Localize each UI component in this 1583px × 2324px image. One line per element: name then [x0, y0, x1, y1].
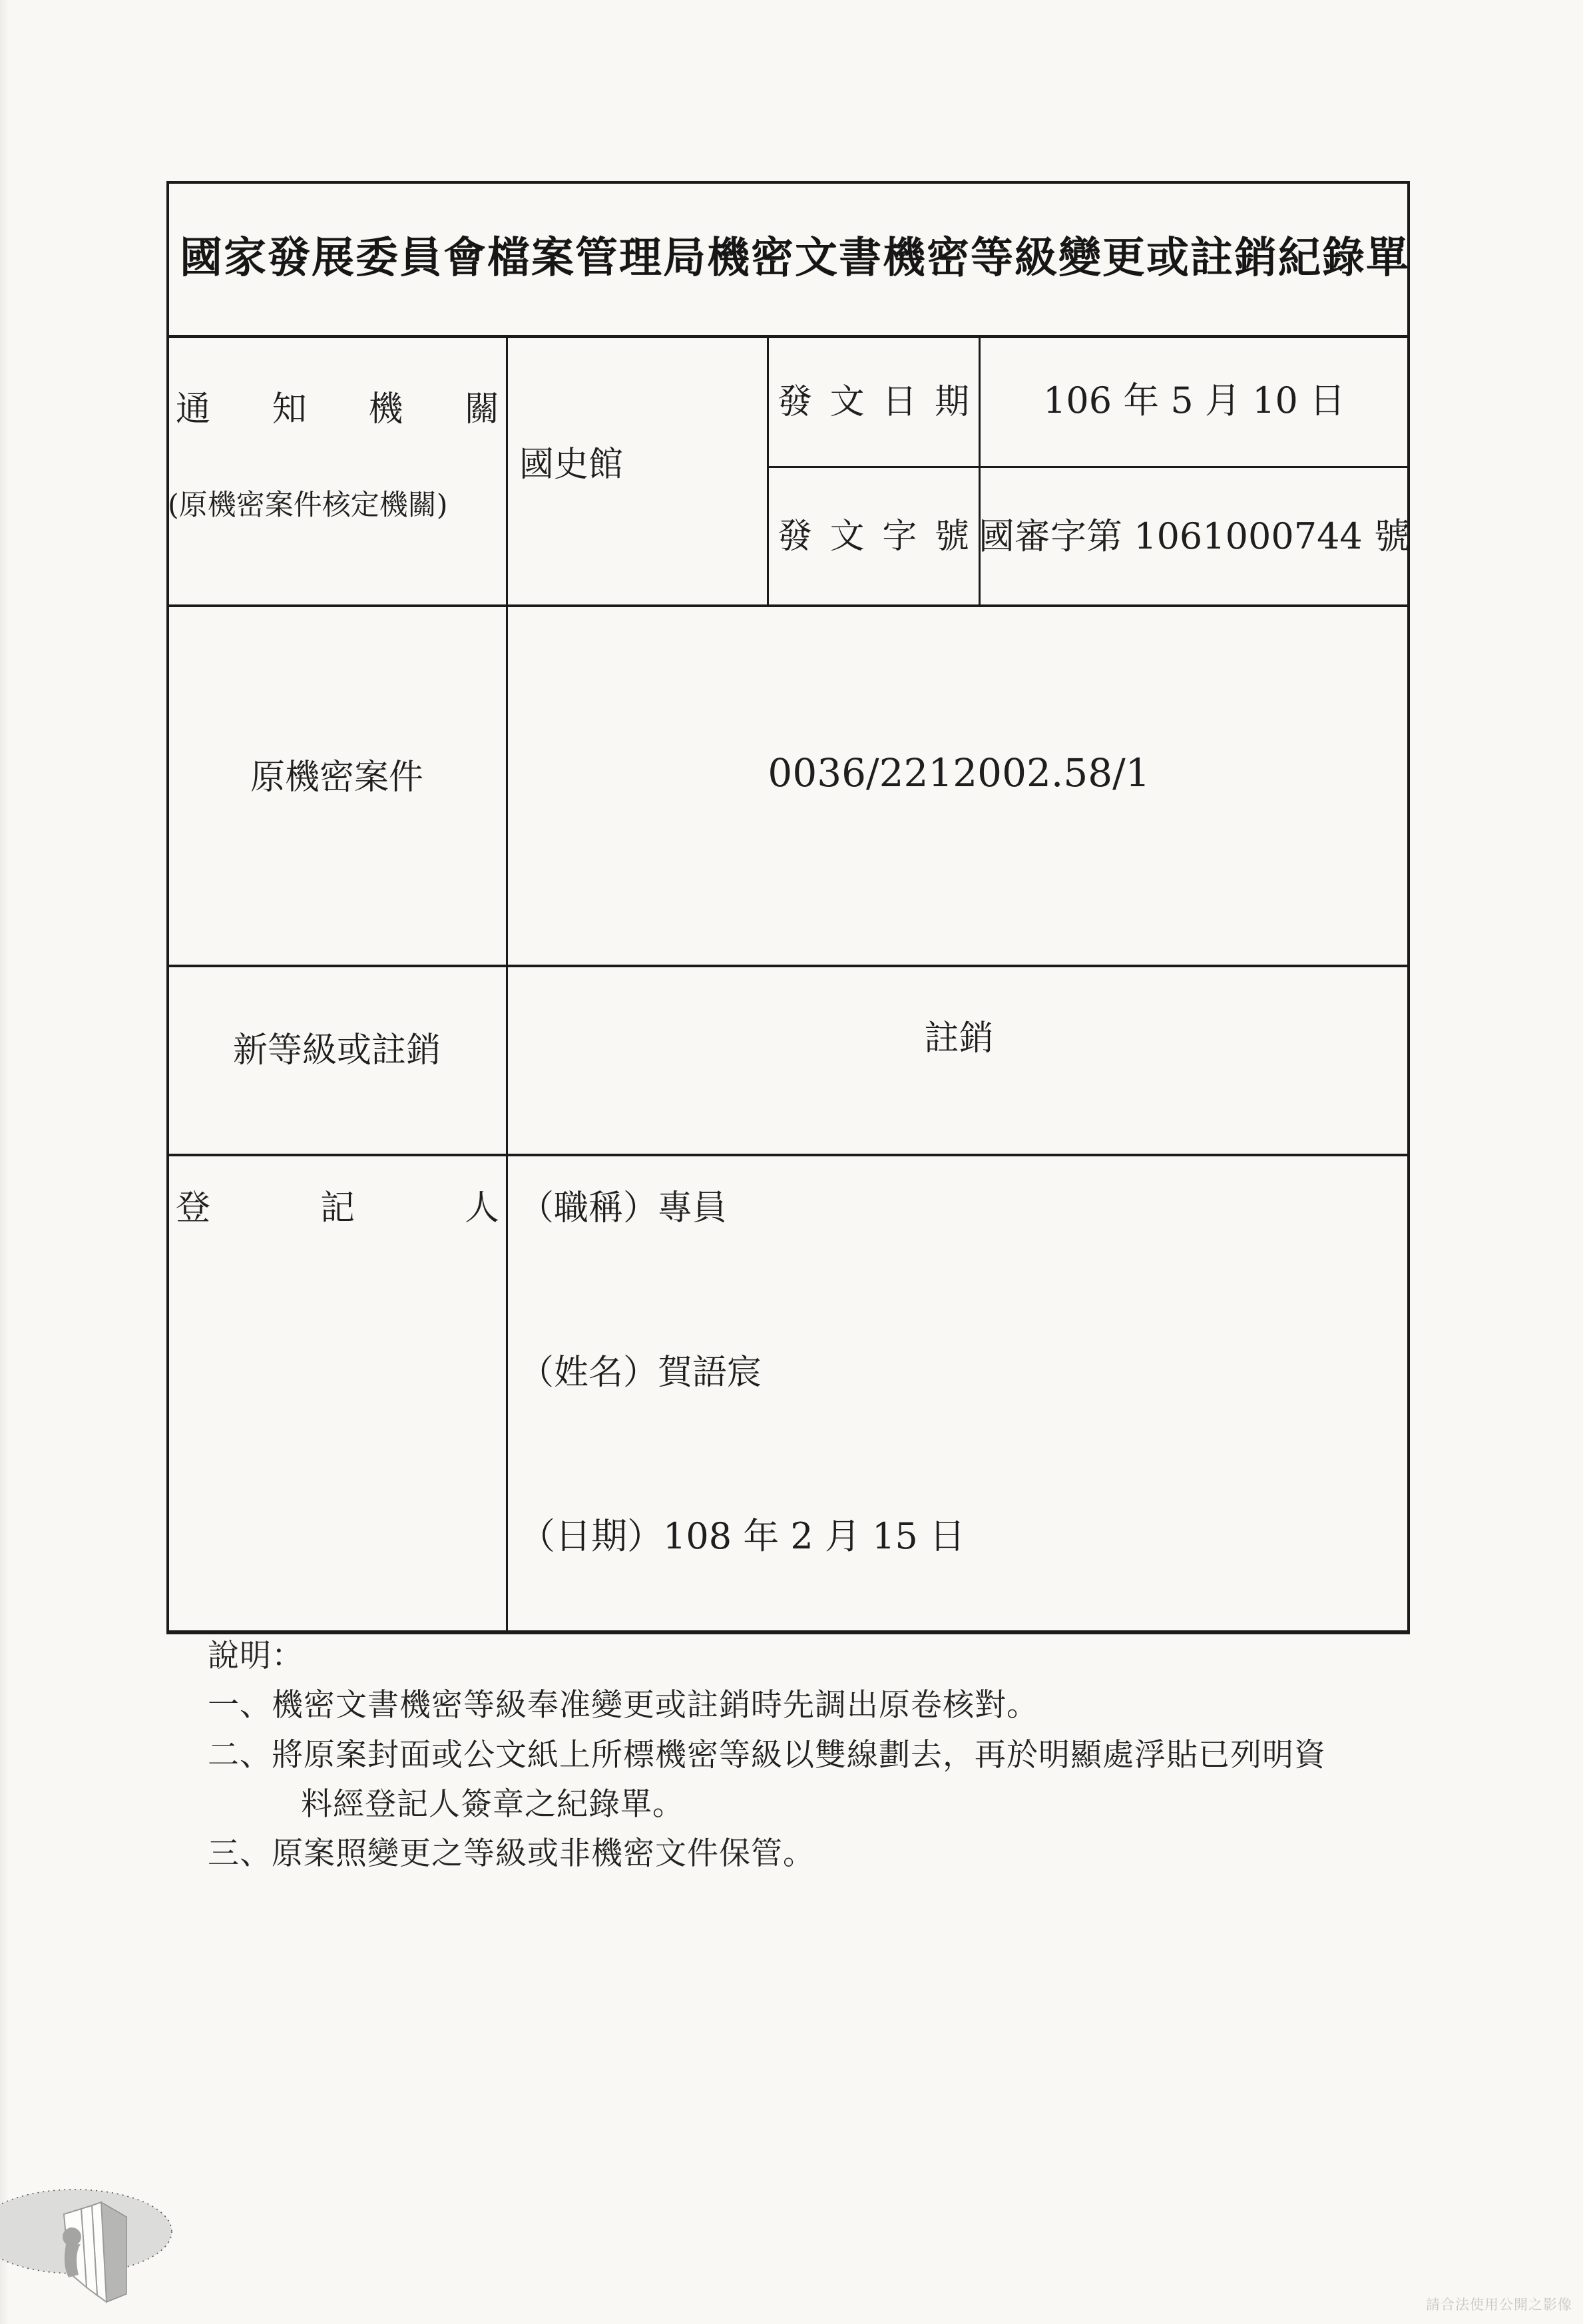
issue-number-label: 發文字號 [778, 519, 969, 554]
issue-number-value: 國審字第 1061000744 號 [979, 519, 1410, 555]
registrar-title-line: （職稱）專員 [519, 1191, 727, 1226]
notify-agency-label: 通知機關 [176, 392, 499, 427]
notify-agency-sublabel: (原機密案件核定機關) [168, 491, 448, 520]
notify-agency-value: 國史館 [519, 447, 623, 482]
image-usage-note: 請合法使用公開之影像 [1426, 2298, 1572, 2312]
form-title: 國家發展委員會檔案管理局機密文書機密等級變更或註銷紀錄單 [180, 237, 1397, 280]
rule-row1-bottom [166, 604, 1410, 607]
notes-heading: 說明： [208, 1640, 304, 1672]
note-item-3: 三、原案照變更之等級或非機密文件保管。 [208, 1838, 815, 1869]
original-case-label: 原機密案件 [166, 760, 507, 795]
rule-under-title [166, 335, 1410, 338]
original-case-value: 0036/2212002.58/1 [508, 754, 1410, 792]
national-archives-logo [0, 2176, 180, 2319]
note-item-2: 二、將原案封面或公文紙上所標機密等級以雙線劃去，再於明顯處浮貼已列明資 [208, 1740, 1326, 1771]
rule-agency-column [767, 335, 769, 604]
registrar-label: 登記人 [176, 1191, 499, 1226]
scanned-form-page: 國家發展委員會檔案管理局機密文書機密等級變更或註銷紀錄單 通知機關 (原機密案件… [0, 0, 1583, 2324]
rule-row2-bottom [166, 965, 1410, 967]
rule-date-number-divider [767, 466, 1410, 468]
registrar-date-line: （日期）108 年 2 月 15 日 [519, 1518, 965, 1554]
issue-date-value: 106 年 5 月 10 日 [979, 383, 1410, 419]
new-level-label: 新等級或註銷 [166, 1033, 507, 1068]
note-item-1: 一、機密文書機密等級奉准變更或註銷時先調出原卷核對。 [208, 1690, 1038, 1721]
issue-date-label: 發文日期 [778, 385, 969, 419]
registrar-name-line: （姓名）賀語宸 [519, 1355, 762, 1390]
new-level-value: 註銷 [508, 1021, 1410, 1056]
rule-row3-bottom [166, 1154, 1410, 1156]
rule-datelabel-column [979, 335, 981, 604]
rule-label-column [506, 335, 508, 1633]
note-item-2-continued: 料經登記人簽章之紀錄單。 [301, 1789, 684, 1820]
